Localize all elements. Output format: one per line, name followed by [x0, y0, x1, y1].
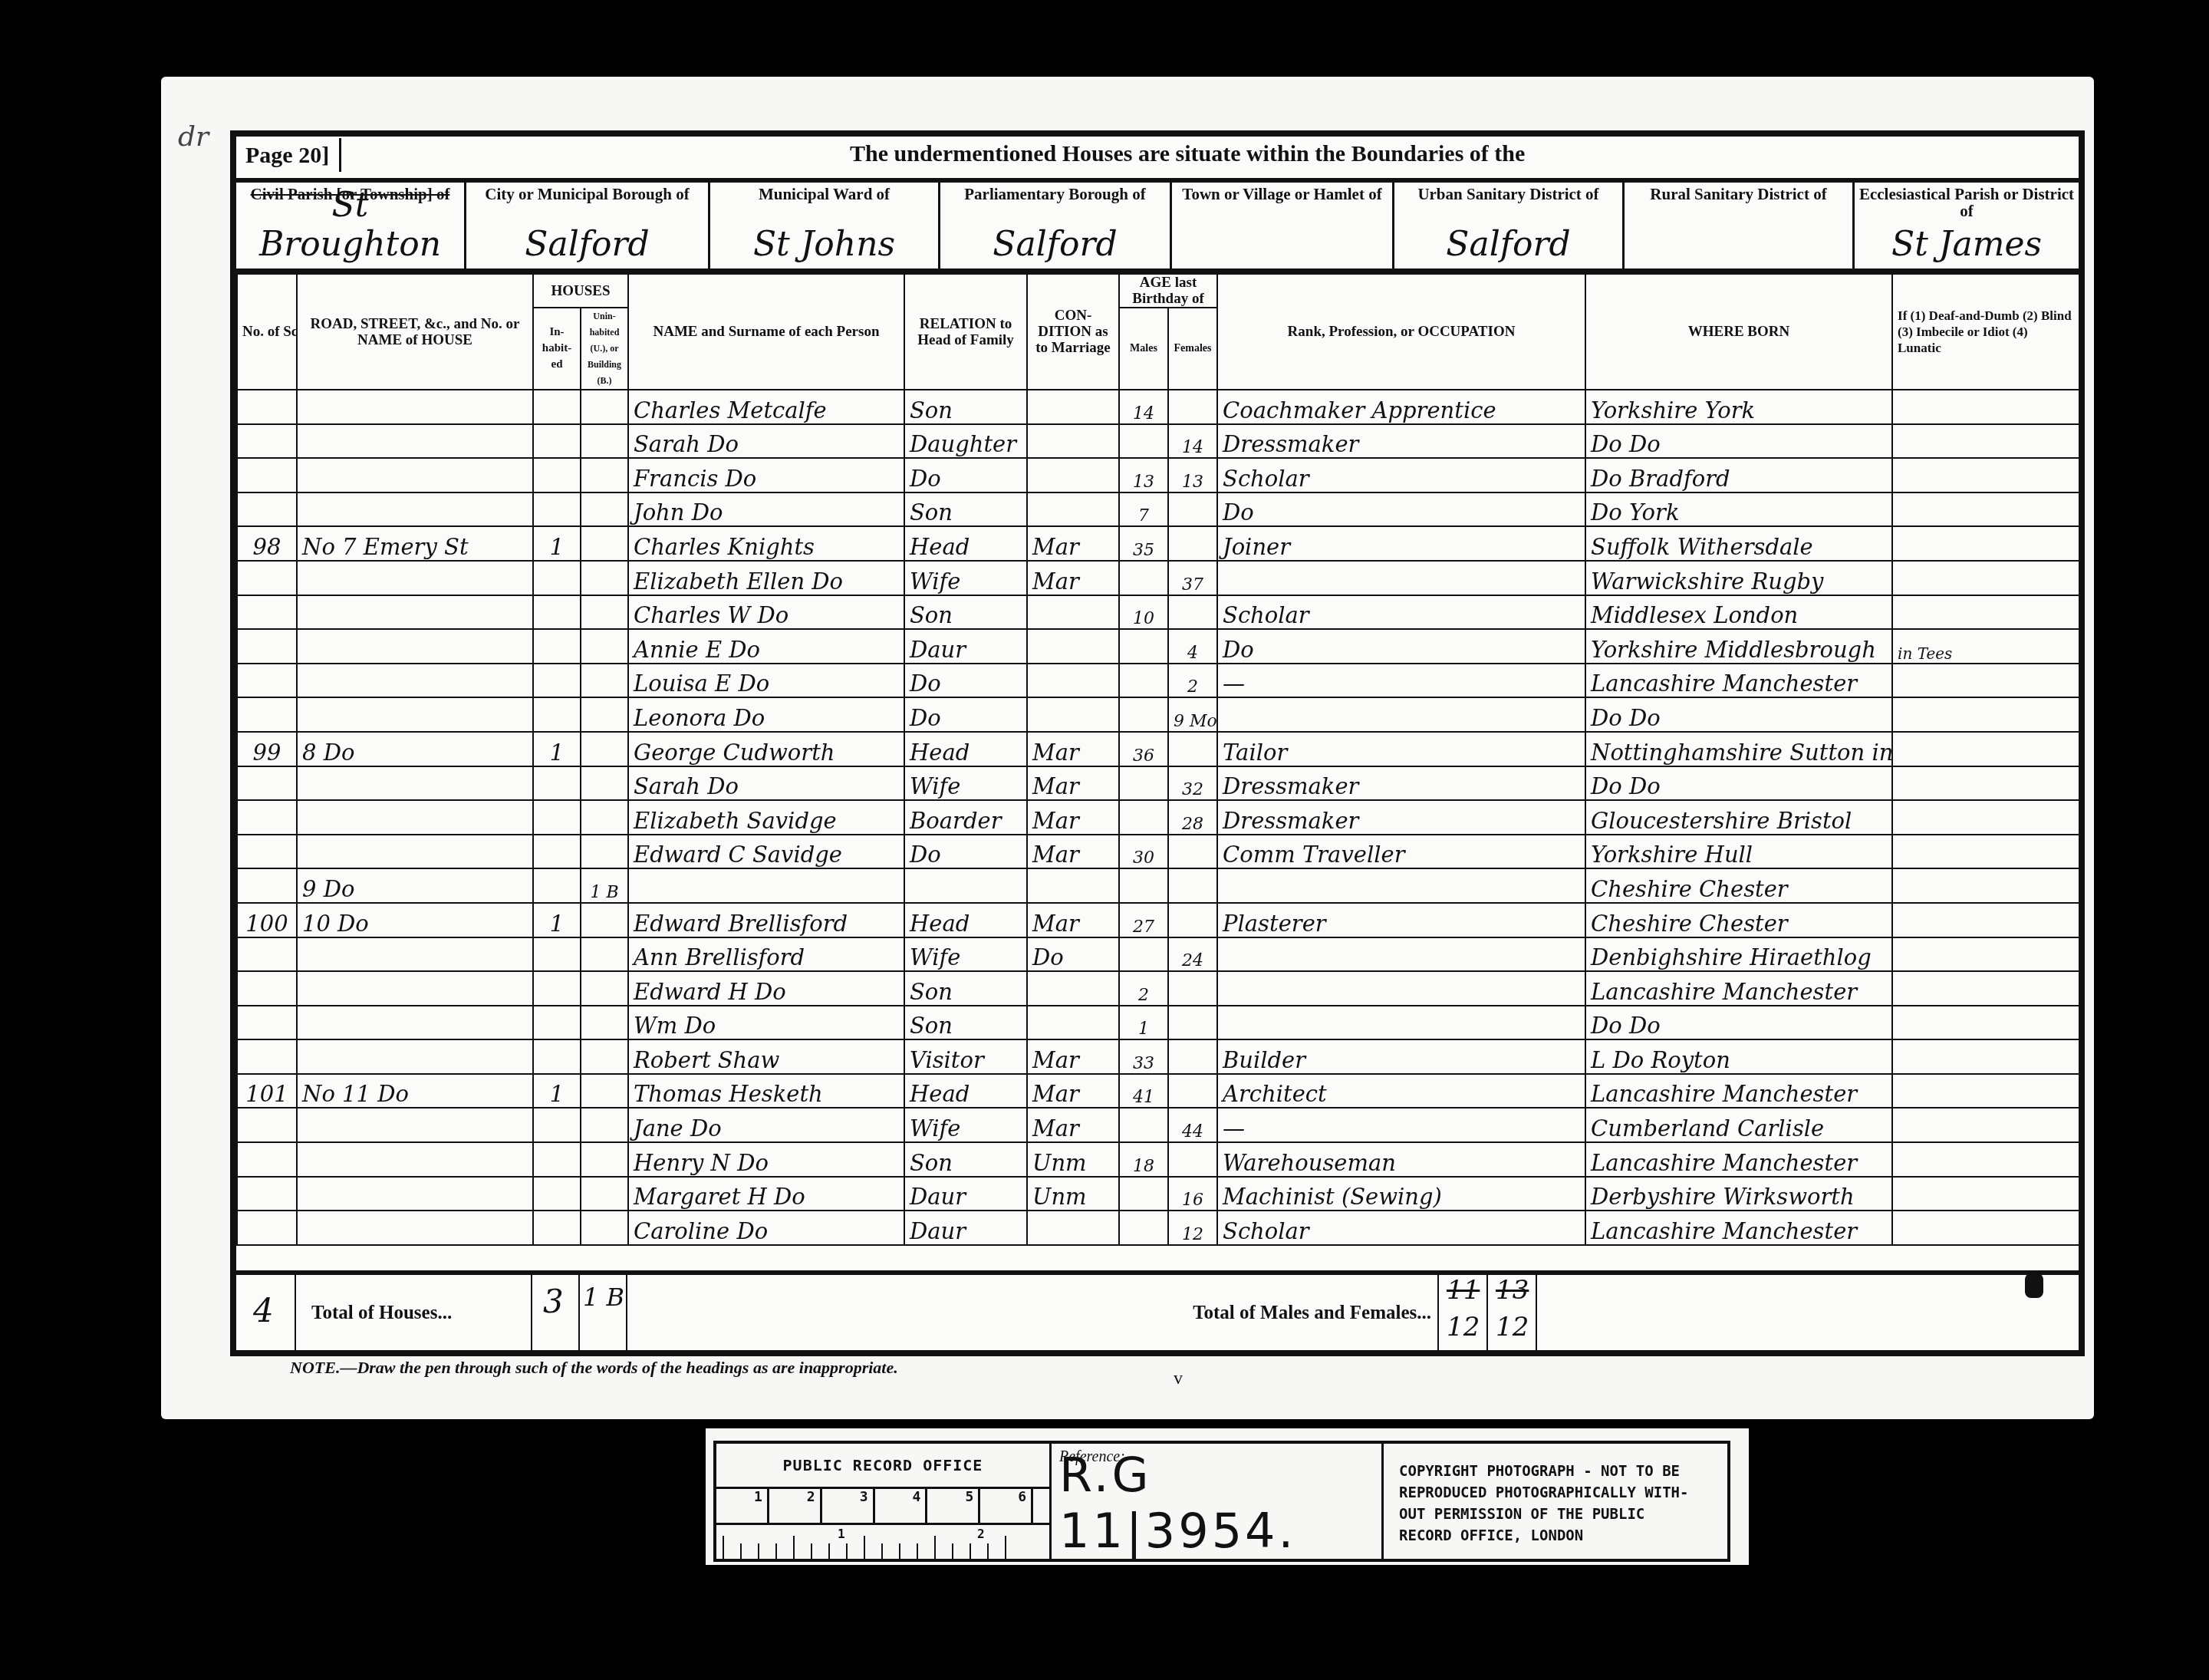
cell-condition: [1027, 424, 1119, 459]
ruler-tick: [970, 1543, 971, 1559]
col-header-occupation: Rank, Profession, or OCCUPATION: [1217, 274, 1585, 390]
corner-annotation: dr: [178, 121, 209, 153]
cell-name: Louisa E Do: [628, 664, 904, 698]
cell-where-born: Yorkshire York: [1585, 390, 1892, 424]
table-row: Elizabeth SavidgeBoarderMar28DressmakerG…: [237, 800, 2079, 835]
cell-occupation: Coachmaker Apprentice: [1217, 390, 1585, 424]
cell-condition: Mar: [1027, 1074, 1119, 1108]
cell-road: 10 Do: [297, 903, 533, 937]
cell-uninhabited: [581, 561, 628, 595]
form-title: The undermentioned Houses are situate wi…: [850, 141, 1525, 167]
cell-schedule: 98: [237, 526, 297, 561]
cell-where-born: Lancashire Manchester: [1585, 1211, 1892, 1245]
cell-relation: Head: [904, 732, 1027, 766]
cell-inhabited: [533, 1177, 581, 1211]
cell-male-age: 27: [1119, 903, 1168, 937]
public-record-office-panel: PUBLIC RECORD OFFICE 1 2 3 4 5 6 1 2: [716, 1444, 1052, 1559]
ruler-tick: [1005, 1536, 1006, 1559]
cell-male-age: [1119, 800, 1168, 835]
cell-relation: Do: [904, 697, 1027, 732]
cell-infirmity: [1892, 492, 2079, 527]
cell-name: Robert Shaw: [628, 1039, 904, 1074]
cell-occupation: Warehouseman: [1217, 1142, 1585, 1177]
table-row: Charles MetcalfeSon14Coachmaker Apprenti…: [237, 390, 2079, 424]
cell-infirmity: [1892, 937, 2079, 972]
cell-schedule: [237, 1039, 297, 1074]
col-header-houses: HOUSES: [533, 274, 628, 308]
cell-occupation: Dressmaker: [1217, 800, 1585, 835]
cell-condition: [1027, 390, 1119, 424]
cell-uninhabited: [581, 732, 628, 766]
table-row: 98No 7 Emery St1Charles KnightsHeadMar35…: [237, 526, 2079, 561]
cell-infirmity: [1892, 1177, 2079, 1211]
cell-occupation: Scholar: [1217, 458, 1585, 492]
cell-infirmity: [1892, 458, 2079, 492]
cell-female-age: [1168, 390, 1217, 424]
cell-occupation: Comm Traveller: [1217, 835, 1585, 869]
cell-occupation: Dressmaker: [1217, 424, 1585, 459]
cell-relation: Son: [904, 1006, 1027, 1040]
cell-schedule: [237, 390, 297, 424]
cell-condition: Mar: [1027, 1108, 1119, 1142]
cell-schedule: 101: [237, 1074, 297, 1108]
ruler-tick: [828, 1543, 830, 1559]
cell-name: Thomas Hesketh: [628, 1074, 904, 1108]
cell-occupation: Tailor: [1217, 732, 1585, 766]
cell-relation: Boarder: [904, 800, 1027, 835]
cell-infirmity: [1892, 561, 2079, 595]
ruler-tick: [758, 1543, 759, 1559]
table-row: Caroline DoDaur12ScholarLancashire Manch…: [237, 1211, 2079, 1245]
cell-condition: Mar: [1027, 561, 1119, 595]
cell-name: Edward C Savidge: [628, 835, 904, 869]
cell-inhabited: [533, 868, 581, 903]
cell-infirmity: in Tees: [1892, 629, 2079, 664]
cell-relation: Head: [904, 526, 1027, 561]
cell-female-age: 12: [1168, 1211, 1217, 1245]
cell-uninhabited: [581, 766, 628, 801]
cell-name: Annie E Do: [628, 629, 904, 664]
cell-male-age: 30: [1119, 835, 1168, 869]
cell-where-born: Suffolk Withersdale: [1585, 526, 1892, 561]
copyright-notice: COPYRIGHT PHOTOGRAPH - NOT TO BE REPRODU…: [1384, 1444, 1727, 1559]
cell-road: [297, 595, 533, 630]
cell-where-born: Denbighshire Hiraethlog: [1585, 937, 1892, 972]
cell-relation: Son: [904, 390, 1027, 424]
cell-road: [297, 800, 533, 835]
reference-value: R.G 11|3954.: [1059, 1447, 1381, 1559]
cell-condition: Mar: [1027, 800, 1119, 835]
cell-female-age: [1168, 1142, 1217, 1177]
cell-name: [628, 868, 904, 903]
cell-occupation: [1217, 561, 1585, 595]
cell-relation: Do: [904, 664, 1027, 698]
table-row: Henry N DoSonUnm18WarehousemanLancashire…: [237, 1142, 2079, 1177]
ruler-centimetres: 1 2 3 4 5 6: [716, 1489, 1049, 1525]
ruler-tick: [899, 1543, 900, 1559]
ruler-tick: [846, 1543, 848, 1559]
col-header-relation: RELATION to Head of Family: [904, 274, 1027, 390]
cell-male-age: 33: [1119, 1039, 1168, 1074]
cell-uninhabited: 1 B: [581, 868, 628, 903]
cell-relation: Do: [904, 835, 1027, 869]
cell-inhabited: [533, 697, 581, 732]
cell-schedule: [237, 766, 297, 801]
cell-male-age: 14: [1119, 390, 1168, 424]
cell-road: 8 Do: [297, 732, 533, 766]
cell-inhabited: [533, 766, 581, 801]
cell-condition: [1027, 1006, 1119, 1040]
cell-occupation: Joiner: [1217, 526, 1585, 561]
form-note: NOTE.—Draw the pen through such of the w…: [290, 1358, 898, 1378]
table-row: Margaret H DoDaurUnm16Machinist (Sewing)…: [237, 1177, 2079, 1211]
ruler-tick: [934, 1536, 936, 1559]
cell-occupation: Plasterer: [1217, 903, 1585, 937]
ruler-tick: [793, 1536, 795, 1559]
ruler-tick: [864, 1536, 865, 1559]
office-name: PUBLIC RECORD OFFICE: [716, 1444, 1049, 1489]
cell-where-born: L Do Royton: [1585, 1039, 1892, 1074]
cell-female-age: [1168, 492, 1217, 527]
cell-male-age: 7: [1119, 492, 1168, 527]
cell-male-age: [1119, 424, 1168, 459]
cell-schedule: [237, 1142, 297, 1177]
cell-uninhabited: [581, 1177, 628, 1211]
table-row: John DoSon7DoDo York: [237, 492, 2079, 527]
cell-condition: Mar: [1027, 732, 1119, 766]
total-houses-label: Total of Houses...: [311, 1303, 452, 1324]
cell-infirmity: [1892, 868, 2079, 903]
form-header: Page 20] The undermentioned Houses are s…: [236, 137, 2079, 183]
col-header-inhabited: In-habit-ed: [533, 308, 581, 390]
cell-infirmity: [1892, 971, 2079, 1006]
cell-road: [297, 390, 533, 424]
total-persons-label: Total of Males and Females...: [1193, 1303, 1431, 1324]
cell-name: Leonora Do: [628, 697, 904, 732]
cell-occupation: Builder: [1217, 1039, 1585, 1074]
cell-uninhabited: [581, 1039, 628, 1074]
total-schedules: 4: [253, 1292, 274, 1329]
cell-condition: [1027, 971, 1119, 1006]
cell-uninhabited: [581, 595, 628, 630]
cell-uninhabited: [581, 903, 628, 937]
cell-occupation: —: [1217, 664, 1585, 698]
census-table: No. of Schedule ROAD, STREET, &c., and N…: [236, 273, 2080, 1246]
table-row: Elizabeth Ellen DoWifeMar37Warwickshire …: [237, 561, 2079, 595]
cell-relation: Daughter: [904, 424, 1027, 459]
cell-where-born: Derbyshire Wirksworth: [1585, 1177, 1892, 1211]
col-header-name: NAME and Surname of each Person: [628, 274, 904, 390]
cell-inhabited: [533, 971, 581, 1006]
cell-relation: Head: [904, 903, 1027, 937]
cell-road: [297, 971, 533, 1006]
cell-road: [297, 458, 533, 492]
cell-occupation: Dressmaker: [1217, 766, 1585, 801]
cell-schedule: [237, 664, 297, 698]
cell-schedule: [237, 971, 297, 1006]
cell-female-age: 2: [1168, 664, 1217, 698]
cell-where-born: Yorkshire Hull: [1585, 835, 1892, 869]
total-males: 12: [1447, 1312, 1480, 1342]
cell-name: Sarah Do: [628, 766, 904, 801]
cell-occupation: [1217, 937, 1585, 972]
cell-road: [297, 629, 533, 664]
col-header-schedule: No. of Schedule: [237, 274, 297, 390]
ink-blot: [2025, 1273, 2043, 1298]
cell-condition: Do: [1027, 937, 1119, 972]
total-uninhabited: 1 B: [583, 1283, 624, 1312]
cell-infirmity: [1892, 800, 2079, 835]
cell-uninhabited: [581, 492, 628, 527]
cell-road: No 11 Do: [297, 1074, 533, 1108]
table-row: Edward C SavidgeDoMar30Comm TravellerYor…: [237, 835, 2079, 869]
cell-infirmity: [1892, 1108, 2079, 1142]
cell-where-born: Nottinghamshire Sutton in Ashfield: [1585, 732, 1892, 766]
cell-male-age: 18: [1119, 1142, 1168, 1177]
table-row: 9 Do1 BCheshire Chester: [237, 868, 2079, 903]
cell-male-age: [1119, 1177, 1168, 1211]
census-form: Page 20] The undermentioned Houses are s…: [230, 130, 2085, 1356]
cell-female-age: [1168, 732, 1217, 766]
cell-uninhabited: [581, 390, 628, 424]
cell-male-age: [1119, 937, 1168, 972]
cell-road: [297, 937, 533, 972]
cell-where-born: Do York: [1585, 492, 1892, 527]
census-rows: Charles MetcalfeSon14Coachmaker Apprenti…: [237, 390, 2079, 1245]
cell-uninhabited: [581, 1108, 628, 1142]
cell-male-age: [1119, 766, 1168, 801]
cell-male-age: [1119, 561, 1168, 595]
cell-infirmity: [1892, 835, 2079, 869]
table-row: Robert ShawVisitorMar33BuilderL Do Royto…: [237, 1039, 2079, 1074]
cell-occupation: —: [1217, 1108, 1585, 1142]
cell-road: [297, 835, 533, 869]
cell-schedule: [237, 1177, 297, 1211]
cell-male-age: 10: [1119, 595, 1168, 630]
cell-relation: Head: [904, 1074, 1027, 1108]
cell-condition: Mar: [1027, 1039, 1119, 1074]
cell-name: Ann Brellisford: [628, 937, 904, 972]
cell-road: [297, 1211, 533, 1245]
cell-uninhabited: [581, 1142, 628, 1177]
table-row: Ann BrellisfordWifeDo24Denbighshire Hira…: [237, 937, 2079, 972]
cell-uninhabited: [581, 526, 628, 561]
district-header-row: Civil Parish [or Township] of St Brought…: [236, 183, 2079, 273]
cell-inhabited: [533, 424, 581, 459]
cell-female-age: [1168, 868, 1217, 903]
ruler-tick: [723, 1536, 724, 1559]
cell-uninhabited: [581, 1006, 628, 1040]
cell-female-age: 28: [1168, 800, 1217, 835]
cell-male-age: 2: [1119, 971, 1168, 1006]
cell-road: [297, 697, 533, 732]
cell-where-born: Cheshire Chester: [1585, 903, 1892, 937]
district-rural-sanitary: Rural Sanitary District of: [1625, 183, 1855, 268]
cell-male-age: [1119, 868, 1168, 903]
cell-inhabited: 1: [533, 732, 581, 766]
cell-inhabited: [533, 1142, 581, 1177]
district-town-village: Town or Village or Hamlet of: [1172, 183, 1394, 268]
cell-road: 9 Do: [297, 868, 533, 903]
cell-male-age: 36: [1119, 732, 1168, 766]
total-females-struck: 13: [1496, 1275, 1529, 1306]
ruler-tick: [740, 1543, 742, 1559]
ruler-tick: [811, 1543, 812, 1559]
table-row: 101No 11 Do1Thomas HeskethHeadMar41Archi…: [237, 1074, 2079, 1108]
cell-relation: Son: [904, 492, 1027, 527]
cell-condition: Unm: [1027, 1177, 1119, 1211]
cell-infirmity: [1892, 697, 2079, 732]
table-row: Jane DoWifeMar44—Cumberland Carlisle: [237, 1108, 2079, 1142]
cell-inhabited: [533, 800, 581, 835]
cell-inhabited: [533, 1211, 581, 1245]
cell-name: Elizabeth Ellen Do: [628, 561, 904, 595]
cell-female-age: 13: [1168, 458, 1217, 492]
total-females: 12: [1496, 1312, 1529, 1342]
cell-schedule: [237, 458, 297, 492]
cell-name: Wm Do: [628, 1006, 904, 1040]
ruler-tick: [917, 1543, 918, 1559]
cell-schedule: [237, 424, 297, 459]
cell-condition: Unm: [1027, 1142, 1119, 1177]
table-row: Leonora DoDo9 MonthsDo Do: [237, 697, 2079, 732]
page-number: Page 20]: [245, 143, 329, 169]
cell-female-age: [1168, 595, 1217, 630]
table-row: Wm DoSon1Do Do: [237, 1006, 2079, 1040]
cell-male-age: 1: [1119, 1006, 1168, 1040]
ruler-inches: 1 2: [716, 1525, 1049, 1559]
cell-where-born: Do Do: [1585, 424, 1892, 459]
cell-schedule: [237, 492, 297, 527]
reference-card: PUBLIC RECORD OFFICE 1 2 3 4 5 6 1 2 Ref…: [706, 1428, 1749, 1565]
col-header-females: Females: [1168, 308, 1217, 390]
cell-name: Edward Brellisford: [628, 903, 904, 937]
cell-female-age: 9 Months: [1168, 697, 1217, 732]
cell-road: [297, 424, 533, 459]
cell-infirmity: [1892, 732, 2079, 766]
table-row: 10010 Do1Edward BrellisfordHeadMar27Plas…: [237, 903, 2079, 937]
cell-where-born: Cumberland Carlisle: [1585, 1108, 1892, 1142]
cell-female-age: 4: [1168, 629, 1217, 664]
totals-row: 4 Total of Houses... 3 1 B Total of Male…: [236, 1270, 2079, 1355]
col-header-road: ROAD, STREET, &c., and No. or NAME of HO…: [297, 274, 533, 390]
cell-where-born: Do Do: [1585, 766, 1892, 801]
cell-infirmity: [1892, 1006, 2079, 1040]
cell-relation: Wife: [904, 937, 1027, 972]
cell-schedule: 99: [237, 732, 297, 766]
cell-uninhabited: [581, 424, 628, 459]
cell-schedule: [237, 868, 297, 903]
cell-inhabited: [533, 561, 581, 595]
cell-relation: Wife: [904, 766, 1027, 801]
cell-infirmity: [1892, 1074, 2079, 1108]
cell-name: Caroline Do: [628, 1211, 904, 1245]
table-row: Sarah DoWifeMar32DressmakerDo Do: [237, 766, 2079, 801]
district-municipal-borough: City or Municipal Borough of Salford: [466, 183, 710, 268]
cell-female-age: [1168, 526, 1217, 561]
cell-male-age: 41: [1119, 1074, 1168, 1108]
ruler-tick: [775, 1543, 777, 1559]
cell-relation: Daur: [904, 629, 1027, 664]
cell-infirmity: [1892, 1142, 2079, 1177]
district-urban-sanitary: Urban Sanitary District of Salford: [1394, 183, 1625, 268]
cell-where-born: Warwickshire Rugby: [1585, 561, 1892, 595]
cell-relation: Do: [904, 458, 1027, 492]
cell-name: Henry N Do: [628, 1142, 904, 1177]
cell-where-born: Lancashire Manchester: [1585, 971, 1892, 1006]
cell-infirmity: [1892, 903, 2079, 937]
cell-inhabited: 1: [533, 1074, 581, 1108]
cell-name: Charles Metcalfe: [628, 390, 904, 424]
cell-male-age: [1119, 664, 1168, 698]
reference-panel: Reference:- R.G 11|3954.: [1052, 1444, 1384, 1559]
cell-where-born: Do Do: [1585, 1006, 1892, 1040]
district-municipal-ward: Municipal Ward of St Johns: [710, 183, 940, 268]
cell-uninhabited: [581, 835, 628, 869]
cell-inhabited: [533, 937, 581, 972]
cell-inhabited: [533, 390, 581, 424]
cell-occupation: Do: [1217, 492, 1585, 527]
cell-inhabited: 1: [533, 526, 581, 561]
cell-road: No 7 Emery St: [297, 526, 533, 561]
cell-relation: Wife: [904, 1108, 1027, 1142]
total-males-struck: 11: [1447, 1275, 1480, 1306]
cell-schedule: [237, 835, 297, 869]
cell-where-born: Lancashire Manchester: [1585, 1142, 1892, 1177]
cell-name: John Do: [628, 492, 904, 527]
cell-condition: [1027, 629, 1119, 664]
cell-female-age: [1168, 971, 1217, 1006]
cell-male-age: 35: [1119, 526, 1168, 561]
cell-relation: Visitor: [904, 1039, 1027, 1074]
table-row: Francis DoDo1313ScholarDo Bradford: [237, 458, 2079, 492]
cell-schedule: [237, 1211, 297, 1245]
cell-condition: Mar: [1027, 903, 1119, 937]
cell-condition: Mar: [1027, 835, 1119, 869]
cell-uninhabited: [581, 629, 628, 664]
col-header-born: WHERE BORN: [1585, 274, 1892, 390]
cell-female-age: 37: [1168, 561, 1217, 595]
cell-male-age: [1119, 1108, 1168, 1142]
cell-uninhabited: [581, 1074, 628, 1108]
cell-inhabited: [533, 492, 581, 527]
cell-schedule: [237, 697, 297, 732]
cell-schedule: [237, 800, 297, 835]
cell-name: Charles Knights: [628, 526, 904, 561]
cell-schedule: [237, 561, 297, 595]
ruler-tick: [881, 1543, 883, 1559]
cell-infirmity: [1892, 1211, 2079, 1245]
cell-inhabited: [533, 1039, 581, 1074]
cell-name: Margaret H Do: [628, 1177, 904, 1211]
cell-schedule: [237, 629, 297, 664]
table-row: Louisa E DoDo2—Lancashire Manchester: [237, 664, 2079, 698]
cell-uninhabited: [581, 937, 628, 972]
cell-relation: Wife: [904, 561, 1027, 595]
table-row: Charles W DoSon10ScholarMiddlesex London: [237, 595, 2079, 630]
cell-infirmity: [1892, 390, 2079, 424]
cell-schedule: [237, 595, 297, 630]
district-parliamentary-borough: Parliamentary Borough of Salford: [940, 183, 1172, 268]
cell-inhabited: [533, 1006, 581, 1040]
cell-infirmity: [1892, 526, 2079, 561]
tick-mark: v: [1174, 1369, 1183, 1389]
cell-female-age: [1168, 903, 1217, 937]
cell-condition: Mar: [1027, 766, 1119, 801]
ruler-tick: [987, 1543, 989, 1559]
cell-female-age: [1168, 1006, 1217, 1040]
cell-name: George Cudworth: [628, 732, 904, 766]
